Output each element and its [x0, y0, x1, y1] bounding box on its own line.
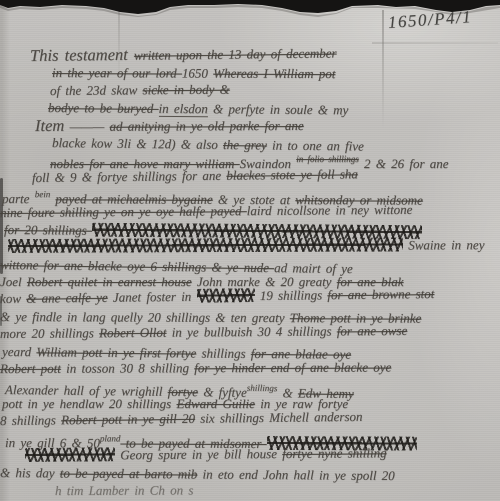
manuscript-line: more 20 shillings Robert Ollot in ye bul… — [0, 321, 500, 342]
ink-scribble-crossout — [196, 289, 254, 304]
manuscript-page: 1650/P4/1 This testament written upon th… — [0, 0, 500, 501]
manuscript-text-block: This testament written upon the 13 day o… — [0, 47, 500, 499]
interlinear-insertion: in folio shillings — [296, 154, 359, 164]
handwritten-text-run: in tosson 30 8 shilling — [61, 360, 194, 376]
manuscript-line: Item ——— ad anitying in ye old parke for… — [35, 115, 500, 134]
handwritten-text-run: written upon the 13 day of december — [134, 45, 337, 62]
handwritten-text-run: This testament — [30, 45, 134, 65]
handwritten-text-run: kow — [0, 291, 26, 306]
handwritten-text-run: Janet foster in — [108, 289, 197, 305]
handwritten-text-run: nine foure shilling ye on ye oye halfe p… — [0, 203, 247, 220]
handwritten-text-run: fortye nyne shilling — [282, 445, 386, 461]
handwritten-text-run: bodye to be buryed — [48, 100, 159, 116]
interlinear-insertion: bein — [35, 189, 51, 199]
ink-scribble-crossout — [25, 447, 115, 462]
handwritten-text-run: blackes stote ye foll sha — [226, 166, 358, 183]
handwritten-text-run: for ane browne stot — [327, 286, 434, 302]
handwritten-text-run: laird nicollsone in ney wittone — [247, 201, 413, 217]
handwritten-text-run: Robert pott in ye gill 20 — [61, 411, 195, 428]
manuscript-line: of the 23d skaw sicke in body & — [50, 78, 500, 99]
handwritten-text-run: Joel — [0, 274, 27, 289]
handwritten-text-run: & ane calfe ye — [26, 290, 108, 306]
ink-scribble-crossout — [8, 238, 403, 254]
interlinear-insertion: pland — [100, 433, 121, 443]
handwritten-text-run: in ye bullbuish 30 4 shillings — [166, 324, 336, 340]
manuscript-line: Georg spure in ye bill house fortye nyne… — [25, 443, 500, 464]
handwritten-text-run: 1650 — [182, 66, 213, 81]
handwritten-text-run: ad anitying in ye old parke for ane — [109, 118, 303, 134]
handwritten-text-run: 19 shillings — [254, 288, 327, 304]
handwritten-text-run: for ane owse — [337, 323, 408, 339]
handwritten-text-run: the grey — [223, 137, 267, 153]
handwritten-text-run: Robert Ollot — [99, 325, 166, 341]
manuscript-line: This testament written upon the 13 day o… — [30, 42, 500, 65]
handwritten-text-run: Swaine in ney — [403, 237, 485, 252]
handwritten-text-run: h tim Lamber in Ch on s — [55, 482, 193, 498]
handwritten-text-run: in the year of our lord — [52, 65, 182, 80]
handwritten-text-run: Robert pott — [0, 361, 61, 376]
handwritten-text-run: more 20 shillings — [0, 325, 99, 341]
manuscript-line: Robert pott in tosson 30 8 shilling for … — [0, 358, 500, 377]
handwritten-text-run: Item — [35, 115, 64, 134]
manuscript-line: nine foure shilling ye on ye oye halfe p… — [0, 200, 500, 221]
handwritten-text-run: & his day — [0, 465, 60, 480]
handwritten-text-run: yeard — [2, 344, 36, 359]
handwritten-text-run: in elsdon — [158, 101, 207, 117]
handwritten-text-run: Georg spure in ye bill house — [115, 446, 282, 462]
handwritten-text-run: pott in ye hendlaw 20 shillings — [2, 396, 177, 411]
handwritten-text-run: foll & 9 & fortye shillings for ane — [32, 167, 227, 184]
handwritten-text-run: sicke in body & — [142, 81, 229, 97]
handwritten-text-run: for 20 shillings — [4, 222, 92, 238]
handwritten-text-run: to be payed at barto mib — [60, 466, 198, 482]
handwritten-text-run: Robert quilet in earnest house — [27, 274, 192, 289]
handwritten-text-run: of the 23d skaw — [50, 82, 143, 98]
interlinear-insertion: shillings — [247, 383, 278, 393]
handwritten-text-run: blacke kow 3li & 12d) & also — [52, 135, 223, 152]
handwritten-text-run: ——— — [64, 118, 109, 133]
manuscript-line: Swaine in ney — [8, 236, 500, 255]
handwritten-text-run: for ye hinder end of ane blacke oye — [194, 360, 391, 376]
handwritten-text-run: six shillings Michell anderson — [195, 409, 363, 426]
manuscript-line: kow & ane calfe ye Janet foster in 19 sh… — [0, 285, 500, 308]
manuscript-line: h tim Lamber in Ch on s — [55, 480, 500, 499]
handwritten-text-run: 8 shillings — [0, 413, 61, 429]
handwritten-text-run: William pott in ye first fortye — [36, 344, 196, 360]
